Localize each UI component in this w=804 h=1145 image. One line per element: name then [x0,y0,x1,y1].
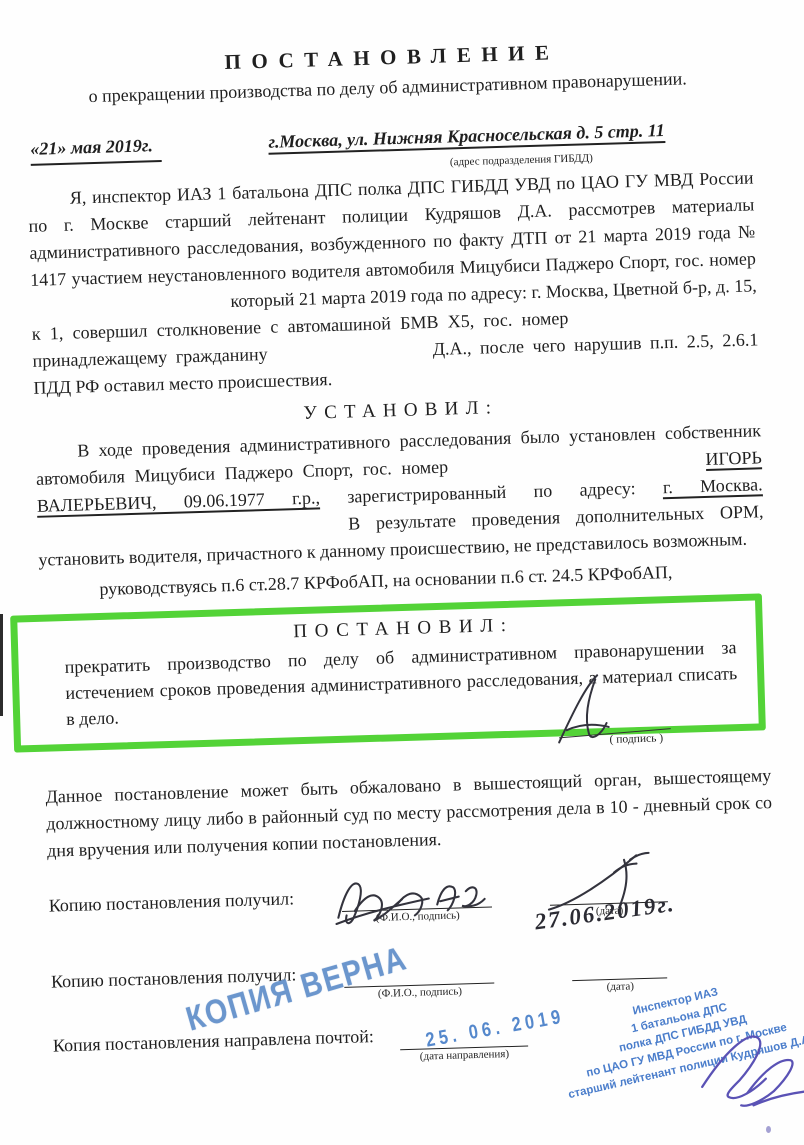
highlight-box: ПОСТАНОВИЛ: прекратить производство по д… [10,593,766,752]
intro-seg1: Я, инспектор ИАЗ 1 батальона ДПС полка Д… [28,167,756,289]
fio-signature-zone: (Ф.И.О., подпись) [342,885,493,925]
scan-edge-artifact [0,614,3,716]
mail-date-caption: (дата направления) [400,1046,528,1064]
intro-paragraph: Я, инспектор ИАЗ 1 батальона ДПС полка Д… [27,164,759,401]
date-line [572,956,668,981]
redacted-gap [276,354,424,359]
scanned-decree-page: ПОСТАНОВЛЕНИЕ о прекращении производства… [0,0,804,1145]
ink-speck [766,1126,771,1133]
redacted-gap [578,317,758,323]
receipt-row-1: Копию постановления получил: (Ф.И.О., по… [48,871,775,935]
decree-date: «21» мая 2019г. [30,132,161,166]
signature-caption: ( подпись ) [609,725,663,754]
appeal-paragraph: Данное постановление может быть обжалова… [45,762,773,865]
signature-ink [323,861,500,928]
intro-seg3: принадлежащему гражданину [32,344,268,371]
date-blank-zone: (дата) [572,956,668,995]
redacted-gap [38,529,333,539]
ustanovil-seg2: зарегистрированный по адресу: [347,478,636,507]
date-signature-zone: (дата) 27.06.2019г. [550,880,669,919]
ustanovil-paragraph: В ходе проведения административного расс… [35,417,765,573]
redacted-gap [31,306,226,313]
date-caption: (дата) [573,978,668,995]
inspector-signature-ink [694,1022,804,1122]
document-body: ПОСТАНОВЛЕНИЕ о прекращении производства… [24,33,780,1074]
owner-city: г. Москва. [663,474,763,499]
receipt-row1-label: Копию постановления получил: [48,885,295,934]
redacted-gap [458,464,696,472]
